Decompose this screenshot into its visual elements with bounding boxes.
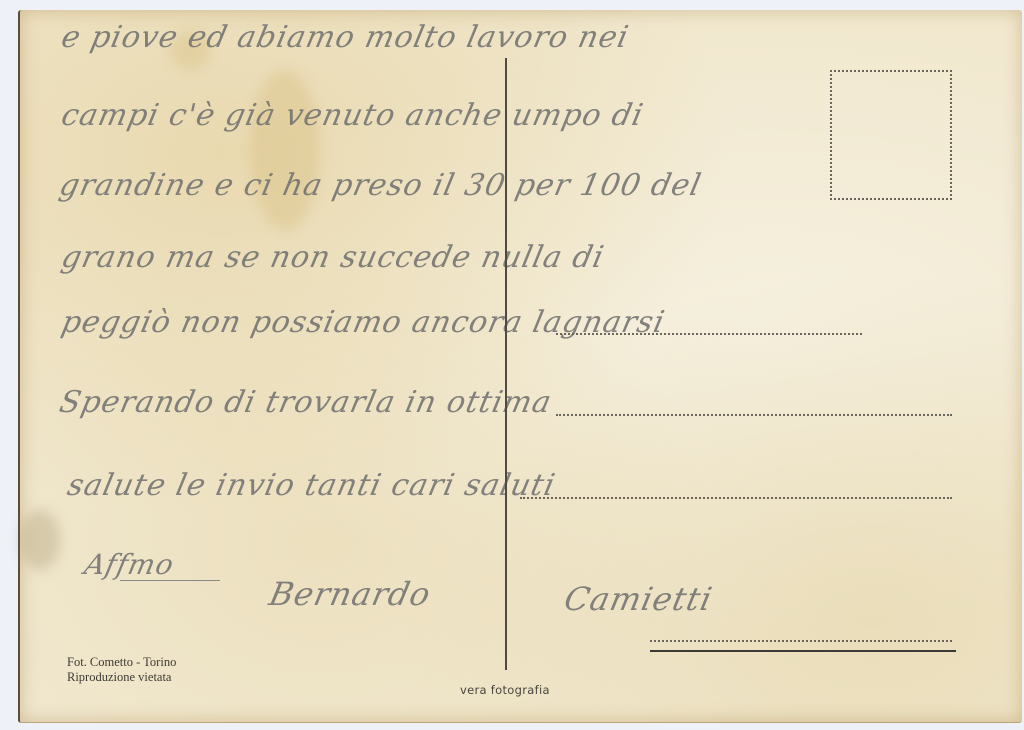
address-line-2 (556, 414, 952, 416)
paper-stain (20, 510, 60, 570)
message-line-1: e piove ed abiamo molto lavoro nei (58, 20, 632, 55)
message-line-7: salute le invio tanti cari saluti (64, 468, 558, 503)
signature-first-name: Bernardo (266, 575, 435, 613)
closing-text: Affmo (81, 548, 177, 581)
paper-stain (250, 70, 320, 230)
message-line-2: campi c'è già venuto anche umpo di (58, 98, 646, 133)
closing-underline (120, 580, 220, 581)
message-line-3: grandine e ci ha preso il 30 per 100 del (56, 168, 704, 203)
imprint-line-1: Fot. Cometto - Torino (67, 655, 176, 670)
message-line-6: Sperando di trovarla in ottima (56, 385, 555, 420)
message-line-4: grano ma se non succede nulla di (58, 240, 607, 275)
imprint-line-2: Riproduzione vietata (67, 670, 176, 685)
photographer-imprint: Fot. Cometto - Torino Riproduzione vieta… (67, 655, 176, 685)
address-line-4 (650, 640, 952, 642)
signature-last-name: Camietti (561, 580, 716, 618)
vera-fotografia-label: vera fotografia (460, 683, 550, 697)
address-line-1 (556, 333, 862, 335)
address-line-3 (520, 497, 952, 499)
stamp-placeholder-box (830, 70, 952, 200)
address-solid-line (650, 650, 956, 652)
center-divider-line (505, 58, 507, 670)
